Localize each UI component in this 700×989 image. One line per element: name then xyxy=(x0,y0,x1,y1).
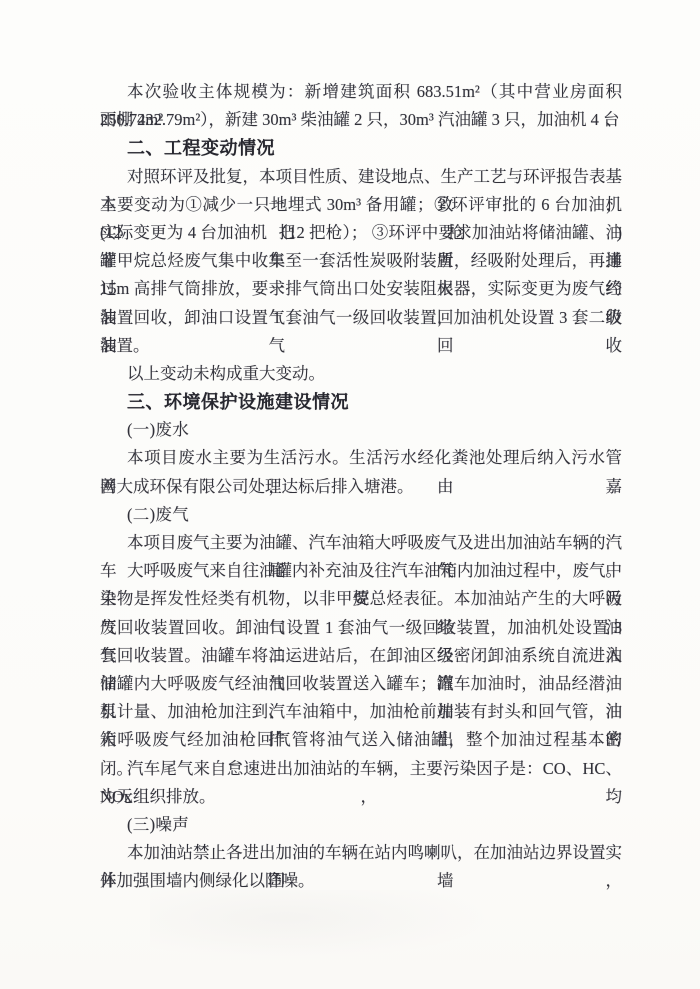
text-line: 气回收装置回收。卸油口设置 1 套油气一级回收装置，加油机处设置 3 套二级油 xyxy=(100,614,622,642)
paragraph-vapor-recovery: 大呼吸废气来自往油罐内补充油及往汽车油箱内加油过程中，废气中主要污 染物是挥发性… xyxy=(100,557,622,754)
text-line: 机计量、加油枪加注到汽车油箱中，加油枪前端装有封头和回气管，油箱排出的 xyxy=(100,698,622,726)
text-line: 气回收装置。油罐车将油运进站后，在卸油区经密闭卸油系统自流进入储油罐， xyxy=(100,642,622,670)
scan-smudge xyxy=(150,890,490,960)
heading-section-three-env-protection: 三、环境保护设施建设情况 xyxy=(100,388,622,416)
subheading-noise: (三)噪声 xyxy=(100,811,622,839)
paragraph-project-changes: 对照环评及批复，本项目性质、建设地点、生产工艺与环评报告表基本一致， 主要变动为… xyxy=(100,163,622,360)
document-page: 本次验收主体规模为：新增建筑面积 683.51m²（其中营业房面积 250.72… xyxy=(0,0,700,989)
text-line: 本次验收主体规模为：新增建筑面积 683.51m²（其中营业房面积 250.72… xyxy=(100,78,622,106)
paragraph-waste-gas-overview: 本项目废气主要为油罐、汽车油箱大呼吸废气及进出加油站车辆的汽车尾气。 xyxy=(100,529,622,557)
text-line: 染物是挥发性烃类有机物，以非甲烷总烃表征。本加油站产生的大呼吸废气经油 xyxy=(100,585,622,613)
text-line: 对照环评及批复，本项目性质、建设地点、生产工艺与环评报告表基本一致， xyxy=(100,163,622,191)
text-line: 实际变更为 4 台加油机 （12 把枪）； ③环评中要求加油站将储油罐、油罐车所… xyxy=(100,219,622,247)
paragraph-wastewater: 本项目废水主要为生活污水。生活污水经化粪池处理后纳入污水管网，由嘉 善大成环保有… xyxy=(100,444,622,500)
paragraph-vehicle-exhaust: 汽车尾气来自怠速进出加油站的车辆，主要污染因子是：CO、HC、NOx，均 为无组… xyxy=(100,755,622,811)
text-line: 本项目废气主要为油罐、汽车油箱大呼吸废气及进出加油站车辆的汽车尾气。 xyxy=(100,529,622,557)
subheading-waste-gas: (二)废气 xyxy=(100,501,622,529)
subheading-wastewater: (一)废水 xyxy=(100,416,622,444)
heading-section-two-project-changes: 二、工程变动情况 xyxy=(100,134,622,162)
text-line: 本加油站禁止各进出加油的车辆在站内鸣喇叭，在加油站边界设置实体围墙， xyxy=(100,839,622,867)
text-line: 主要变动为①减少一只地埋式 30m³ 备用罐；②环评审批的 6 台加油机(12 … xyxy=(100,191,622,219)
paragraph-noise: 本加油站禁止各进出加油的车辆在站内鸣喇叭，在加油站边界设置实体围墙， 并加强围墙… xyxy=(100,839,622,895)
text-line: 大呼吸废气经加油枪回气管将油气送入储油罐，整个加油过程基本密闭。 xyxy=(100,726,622,754)
text-line: 非甲烷总烃废气集中收集至一套活性炭吸附装置，经吸附处理后，再通过一根约 xyxy=(100,247,622,275)
text-line: 油罐内大呼吸废气经油气回收装置送入罐车；汽车加油时，油品经潜油泵、加油 xyxy=(100,670,622,698)
document-content: 本次验收主体规模为：新增建筑面积 683.51m²（其中营业房面积 250.72… xyxy=(100,78,622,895)
text-line: 汽车尾气来自怠速进出加油站的车辆，主要污染因子是：CO、HC、NOx，均 xyxy=(100,755,622,783)
text-line: 装置回收，卸油口设置 1 套油气一级回收装置，加油机处设置 3 套二级油气回收 xyxy=(100,304,622,332)
paragraph-acceptance-scale: 本次验收主体规模为：新增建筑面积 683.51m²（其中营业房面积 250.72… xyxy=(100,78,622,134)
text-line: 雨棚 432.79m²），新建 30m³ 柴油罐 2 只，30m³ 汽油罐 3 … xyxy=(100,106,622,134)
text-line: 15m 高排气筒排放，要求排气筒出口处安装阻火器，实际变更为废气经油气回收 xyxy=(100,275,622,303)
paragraph-no-major-change: 以上变动未构成重大变动。 xyxy=(100,360,622,388)
text-line: 本项目废水主要为生活污水。生活污水经化粪池处理后纳入污水管网，由嘉 xyxy=(100,444,622,472)
text-line: 大呼吸废气来自往油罐内补充油及往汽车油箱内加油过程中，废气中主要污 xyxy=(100,557,622,585)
text-line: 以上变动未构成重大变动。 xyxy=(100,360,622,388)
